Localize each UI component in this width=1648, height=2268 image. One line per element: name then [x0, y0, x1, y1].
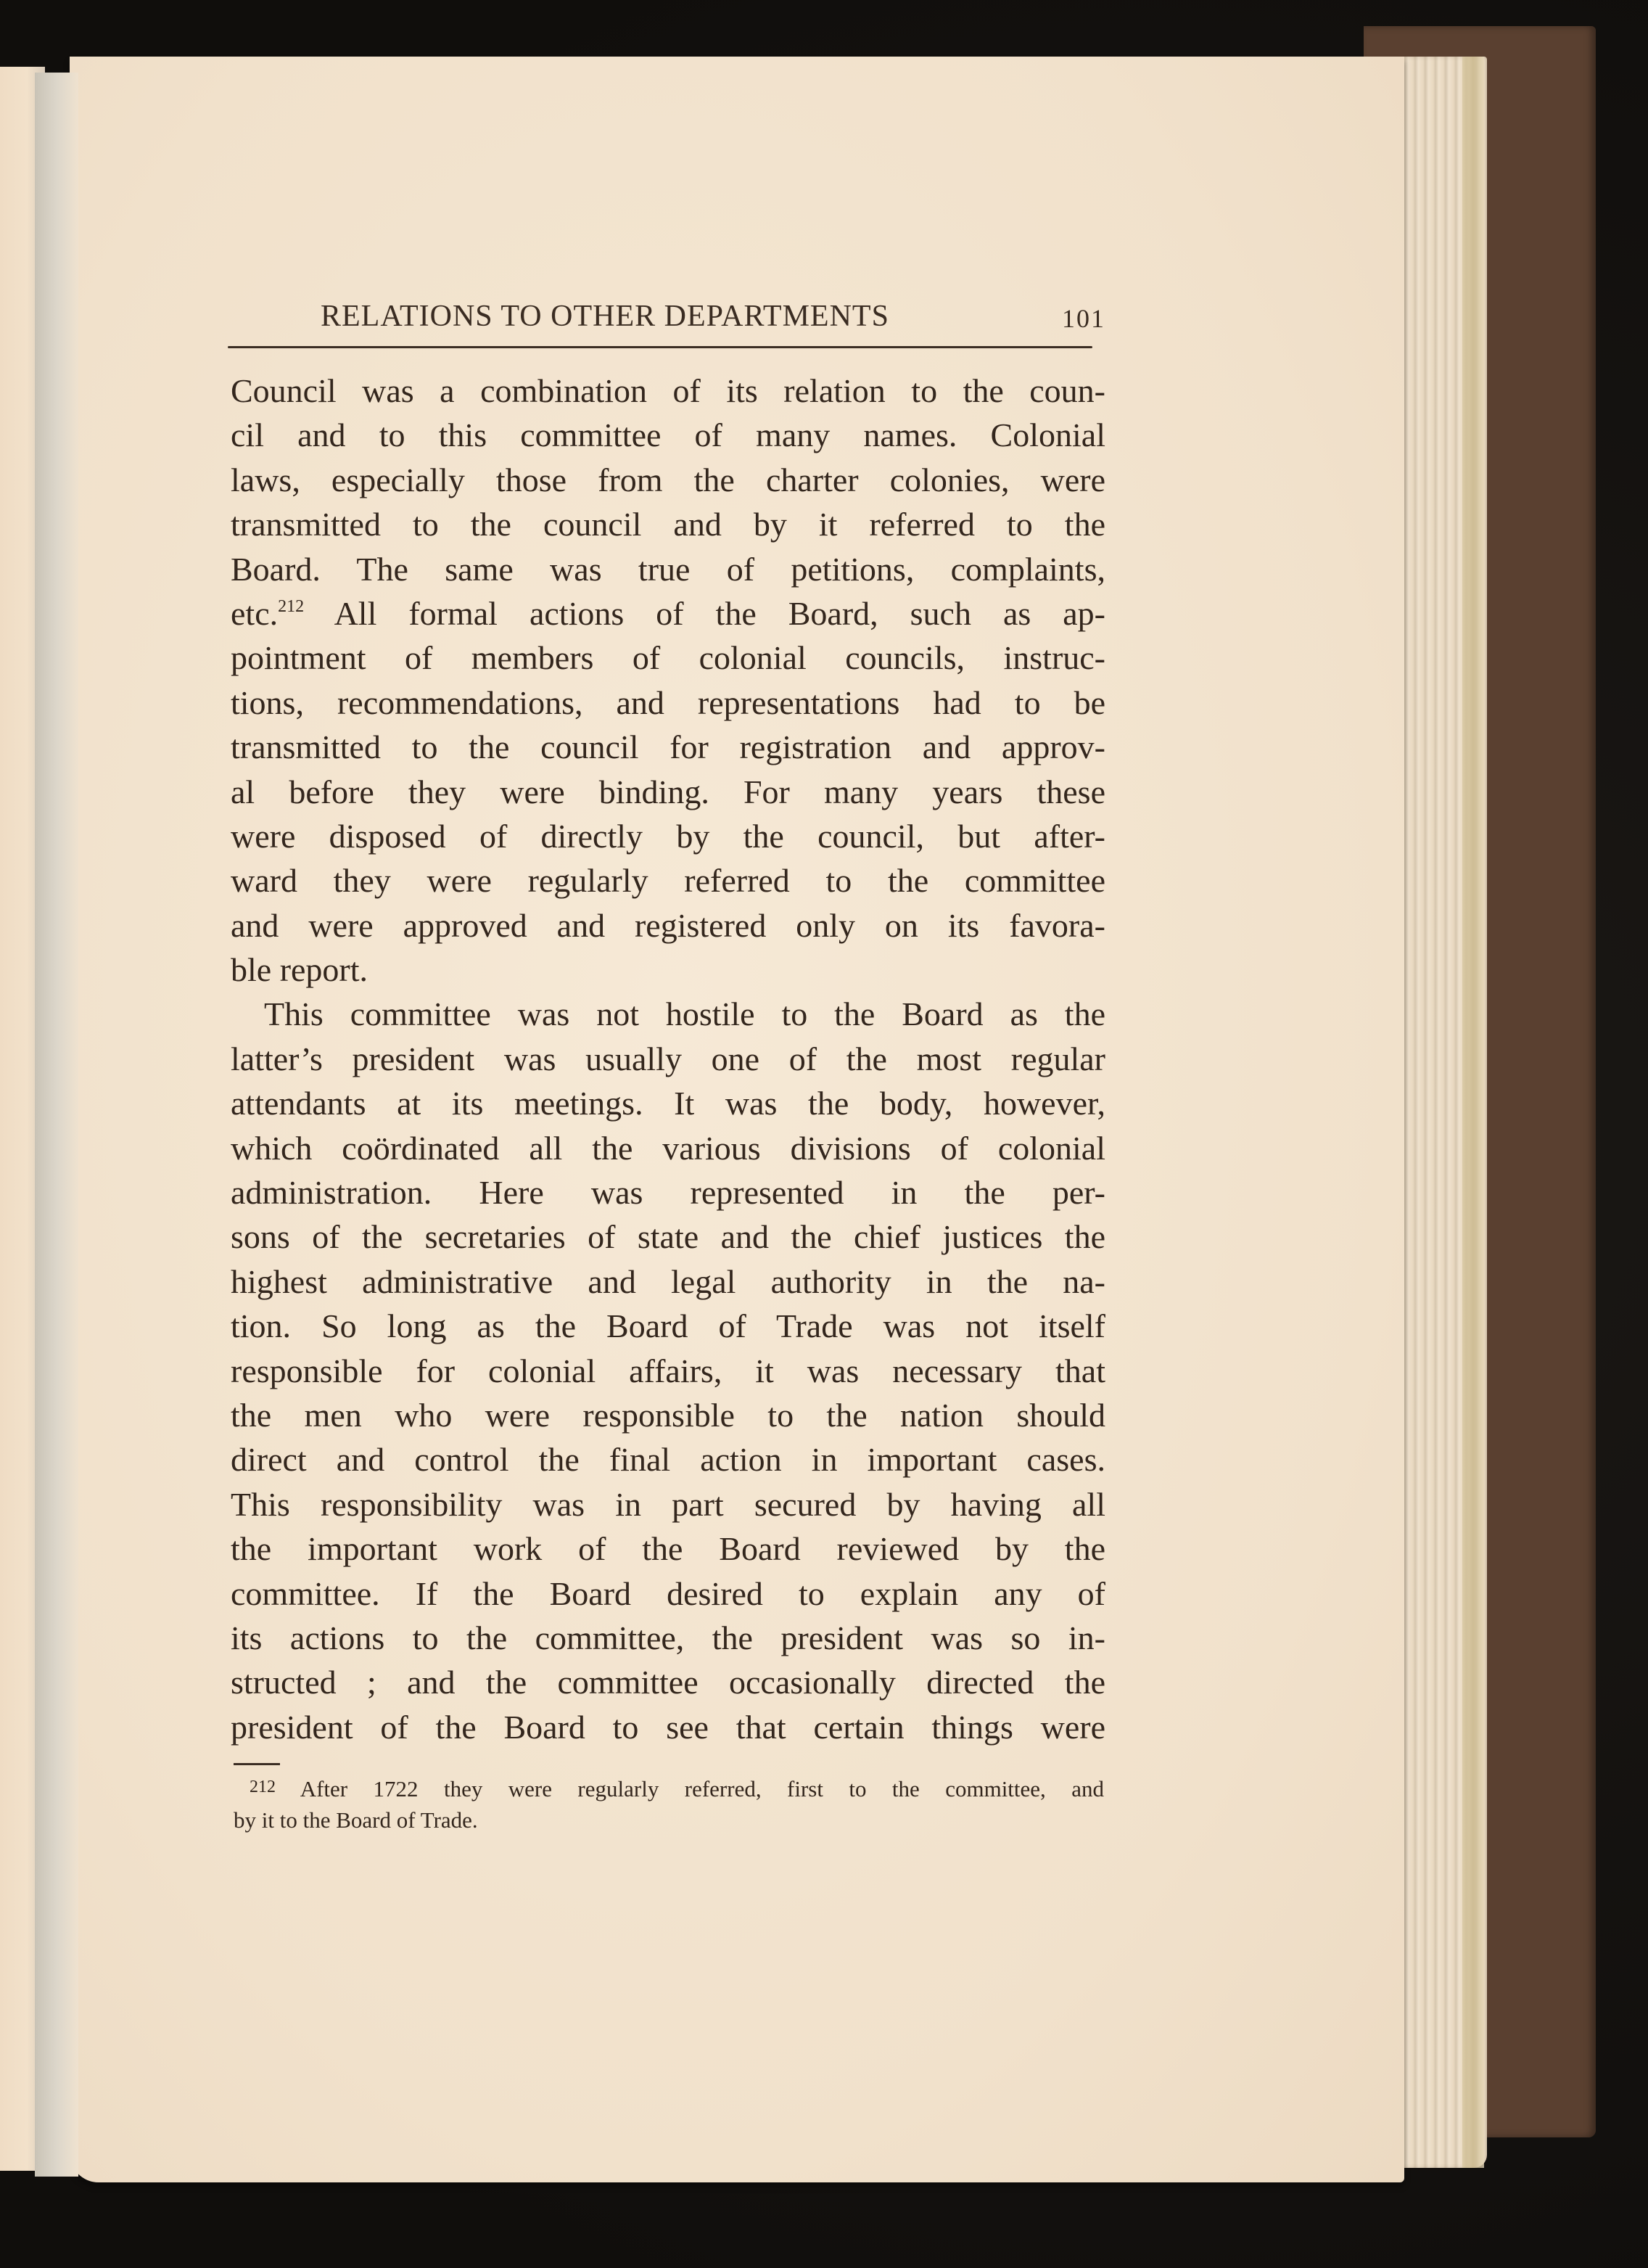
text-line: pointment of members of colonial council… — [231, 636, 1105, 680]
text-line: attendants at its meetings. It was the b… — [231, 1081, 1105, 1125]
book-photo: RELATIONS TO OTHER DEPARTMENTS 101 Counc… — [0, 0, 1648, 2268]
footnote-line: by it to the Board of Trade. — [234, 1804, 1104, 1837]
text-line: highest administrative and legal authori… — [231, 1260, 1105, 1304]
footnote: 212 After 1722 they were regularly refer… — [234, 1770, 1104, 1837]
text-line: transmitted to the council for registrat… — [231, 725, 1105, 769]
page-edge-stain — [1462, 57, 1484, 2168]
text-line: the important work of the Board reviewed… — [231, 1527, 1105, 1571]
running-head: RELATIONS TO OTHER DEPARTMENTS 101 — [228, 299, 1105, 342]
running-head-title: RELATIONS TO OTHER DEPARTMENTS — [321, 299, 889, 334]
text-line: tion. So long as the Board of Trade was … — [231, 1304, 1105, 1348]
line-rest: All formal actions of the Board, such as… — [334, 595, 1105, 632]
text-line: transmitted to the council and by it ref… — [231, 502, 1105, 546]
text-line: responsible for colonial affairs, it was… — [231, 1349, 1105, 1393]
text-line: This responsibility was in part secured … — [231, 1482, 1105, 1527]
footnote-number: 212 — [250, 1778, 276, 1796]
text-line: and were approved and registered only on… — [231, 903, 1105, 948]
text-line: Board. The same was true of petitions, c… — [231, 547, 1105, 591]
text-line-with-footnote: etc.212 All formal actions of the Board,… — [231, 591, 1105, 636]
book-gutter — [35, 73, 78, 2177]
text-line: ble report. — [231, 948, 1105, 992]
footnote-rule — [234, 1763, 280, 1765]
text-line: the men who were responsible to the nati… — [231, 1393, 1105, 1437]
page-number: 101 — [1062, 303, 1105, 334]
text-line: were disposed of directly by the council… — [231, 814, 1105, 858]
text-line: its actions to the committee, the presid… — [231, 1616, 1105, 1660]
text-line: al before they were binding. For many ye… — [231, 770, 1105, 814]
footnote-reference[interactable]: 212 — [278, 597, 304, 616]
text-line: sons of the secretaries of state and the… — [231, 1215, 1105, 1259]
footnote-text: After 1722 they were regularly referred,… — [300, 1776, 1104, 1801]
text-line: ward they were regularly referred to the… — [231, 858, 1105, 903]
text-line: structed ; and the committee occasionall… — [231, 1660, 1105, 1704]
text-line: latter’s president was usually one of th… — [231, 1037, 1105, 1081]
text-line: committee. If the Board desired to expla… — [231, 1571, 1105, 1616]
text-line: tions, recommendations, and representati… — [231, 681, 1105, 725]
header-rule — [228, 346, 1092, 348]
text-line: which coördinated all the various divisi… — [231, 1126, 1105, 1170]
etc-text: etc. — [231, 595, 278, 632]
text-line: direct and control the final action in i… — [231, 1437, 1105, 1482]
text-line: cil and to this committee of many names.… — [231, 413, 1105, 457]
text-line: Council was a combination of its relatio… — [231, 369, 1105, 413]
text-line: president of the Board to see that certa… — [231, 1705, 1105, 1749]
body-text: Council was a combination of its relatio… — [231, 369, 1105, 1749]
text-line: laws, especially those from the charter … — [231, 458, 1105, 502]
footnote-line: 212 After 1722 they were regularly refer… — [234, 1770, 1104, 1804]
paragraph-start-line: This committee was not hostile to the Bo… — [231, 992, 1105, 1036]
text-line: administration. Here was represented in … — [231, 1170, 1105, 1215]
